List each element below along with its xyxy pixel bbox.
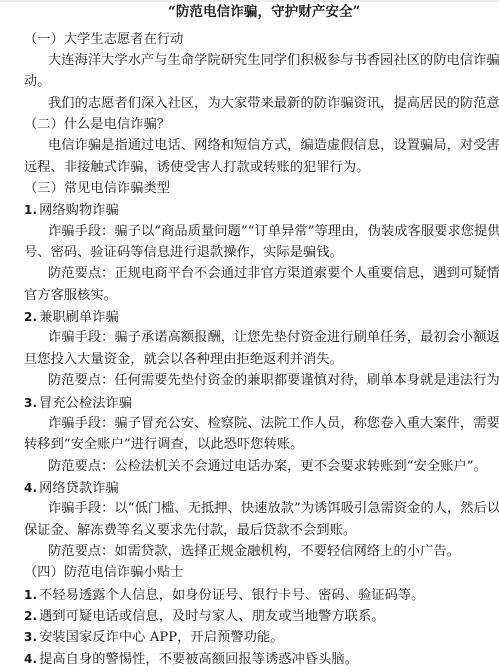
method-line: 诈骗手段：以“低门槛、无抵押、快速放款”为诱饵吸引急需资金的人，然后以手续费、	[48, 501, 499, 517]
fraud-type-1-heading: 1.网络购物诈骗	[24, 202, 119, 219]
list-number: 1.	[24, 588, 37, 602]
method-line: 号、密码、验证码等信息进行退款操作，实际是骗钱。	[24, 245, 343, 261]
paragraph-line: 我们的志愿者们深入社区，为大家带来最新的防诈骗资讯，提高居民的防范意识。	[48, 96, 499, 112]
list-number: 1.	[24, 203, 37, 217]
method-line: 旦您投入大量资金，就会以各种理由拒绝返利并消失。	[24, 352, 343, 368]
section-heading-1: （一）大学生志愿者在行动	[24, 32, 183, 48]
list-number: 3.	[24, 396, 37, 410]
fraud-type-3-heading: 3.冒充公检法诈骗	[24, 395, 132, 412]
section-heading-3: （三）常见电信诈骗类型	[24, 181, 170, 197]
fraud-type-name: 冒充公检法诈骗	[39, 396, 132, 411]
fraud-type-4-heading: 4.网络贷款诈骗	[24, 480, 119, 497]
paragraph-line: 大连海洋大学水产与生命学院研究生同学们积极参与书香园社区的防电信诈骗志愿活	[48, 53, 499, 69]
prevention-line: 防范要点：正规电商平台不会通过非官方渠道索要个人重要信息，遇到可疑情况联系	[48, 266, 499, 282]
prevention-line: 防范要点：任何需要先垫付资金的兼职都要谨慎对待，刷单本身就是违法行为。	[48, 373, 499, 389]
fraud-type-2-heading: 2.兼职刷单诈骗	[24, 309, 119, 326]
paragraph-line: 远程、非接触式诈骗，诱使受害人打款或转账的犯罪行为。	[24, 160, 369, 176]
fraud-type-name: 网络贷款诈骗	[39, 481, 119, 496]
tip-text: 提高自身的警惕性，不要被高额回报等诱惑冲昏头脑。	[39, 652, 358, 667]
list-number: 3.	[24, 630, 37, 644]
fraud-type-name: 网络购物诈骗	[39, 203, 119, 218]
prevention-line: 防范要点：如需贷款，选择正规金融机构，不要轻信网络上的小广告。	[48, 544, 460, 560]
method-line: 诈骗手段：骗子以“商品质量问题”“订单异常”等理由，伪装成客服要求您提供银行卡	[48, 224, 499, 240]
document-title: “防范电信诈骗，守护财产安全”	[168, 4, 361, 20]
page-top-edge	[0, 0, 499, 2]
method-line: 转移到“安全账户”进行调查，以此恐吓您转账。	[24, 437, 303, 453]
prevention-line: 官方客服核实。	[24, 288, 117, 304]
tip-item: 3.安装国家反诈中心 APP，开启预警功能。	[24, 629, 284, 646]
tip-item: 4.提高自身的警惕性，不要被高额回报等诱惑冲昏头脑。	[24, 651, 358, 668]
tip-text: 安装国家反诈中心 APP，开启预警功能。	[39, 630, 283, 645]
tip-item: 1.不轻易透露个人信息，如身份证号、银行卡号、密码、验证码等。	[24, 587, 424, 604]
paragraph-line: 动。	[24, 74, 51, 90]
tip-text: 不轻易透露个人信息，如身份证号、银行卡号、密码、验证码等。	[39, 588, 424, 603]
list-number: 4.	[24, 481, 37, 495]
list-number: 2.	[24, 310, 37, 324]
tip-item: 2.遇到可疑电话或信息，及时与家人、朋友或当地警方联系。	[24, 608, 385, 625]
paragraph-line: 电信诈骗是指通过电话、网络和短信方式，编造虚假信息，设置骗局，对受害人实施	[48, 138, 499, 154]
section-heading-2: （二）什么是电信诈骗？	[24, 117, 170, 133]
method-line: 诈骗手段：骗子承诺高额报酬，让您先垫付资金进行刷单任务，最初会小额返利，一	[48, 330, 499, 346]
fraud-type-name: 兼职刷单诈骗	[39, 310, 119, 325]
list-number: 4.	[24, 652, 37, 666]
section-heading-4: （四）防范电信诈骗小贴士	[24, 565, 183, 581]
method-line: 诈骗手段：骗子冒充公安、检察院、法院工作人员，称您卷入重大案件，需要将资金	[48, 416, 499, 432]
prevention-line: 防范要点：公检法机关不会通过电话办案，更不会要求转账到“安全账户”。	[48, 459, 487, 475]
tip-text: 遇到可疑电话或信息，及时与家人、朋友或当地警方联系。	[39, 609, 384, 624]
method-line: 保证金、解冻费等名义要求先付款，最后贷款不会到账。	[24, 523, 356, 539]
list-number: 2.	[24, 609, 37, 623]
